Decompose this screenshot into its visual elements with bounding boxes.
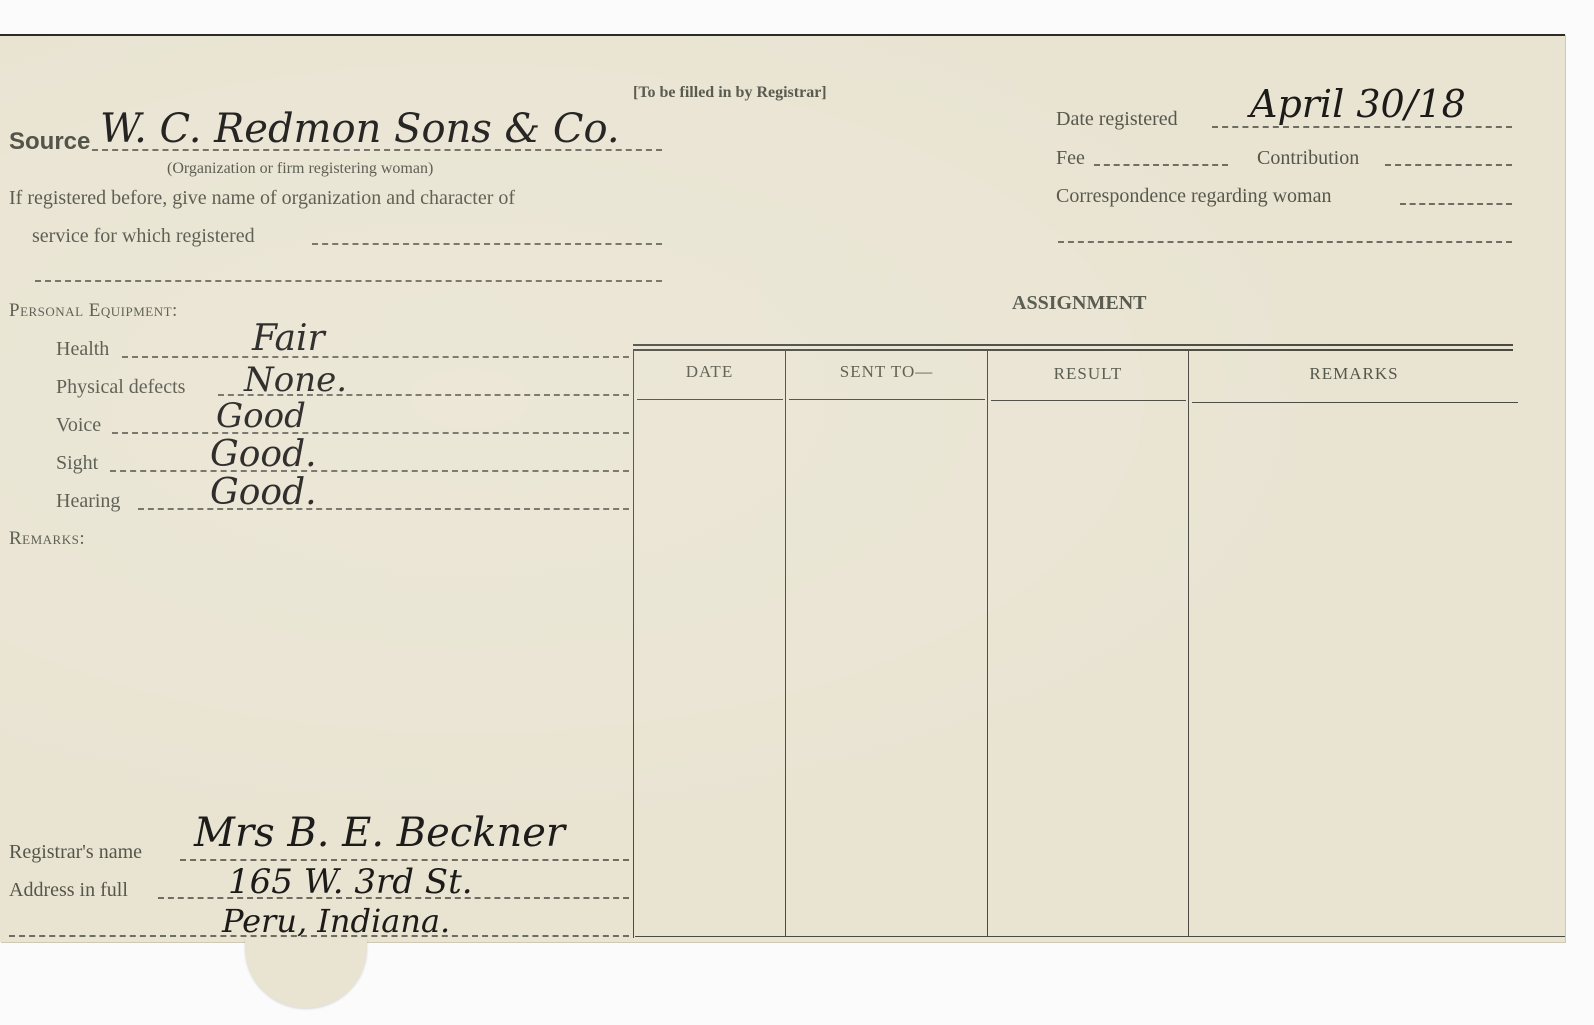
correspondence-label: Correspondence regarding woman — [1056, 185, 1331, 208]
address-value-2[interactable]: Peru, Indiana. — [222, 902, 450, 940]
remarks-label: Remarks: — [9, 528, 85, 550]
hearing-value[interactable]: Good. — [210, 472, 317, 513]
address-value-1[interactable]: 165 W. 3rd St. — [228, 862, 473, 902]
sight-label: Sight — [56, 452, 98, 475]
registered-before-label-2: service for which registered — [32, 225, 255, 248]
registrar-name-label: Registrar's name — [9, 841, 142, 864]
physical-defects-label: Physical defects — [56, 376, 185, 399]
table-bottom-rule — [635, 936, 1565, 937]
column-header-result: RESULT — [988, 364, 1188, 384]
hearing-label: Hearing — [56, 490, 120, 513]
column-header-sent-to: SENT TO— — [786, 362, 987, 382]
assignment-title: ASSIGNMENT — [1012, 292, 1146, 315]
source-caption: (Organization or firm registering woman) — [167, 160, 433, 178]
registrar-name-line — [180, 859, 629, 861]
personal-equipment-heading: Personal Equipment: — [9, 300, 178, 322]
contribution-line[interactable] — [1385, 164, 1512, 166]
table-divider-1 — [785, 350, 786, 936]
health-value[interactable]: Fair — [252, 318, 325, 359]
sight-line — [110, 470, 629, 472]
contribution-label: Contribution — [1257, 147, 1359, 170]
registrar-note: [To be filled in by Registrar] — [633, 84, 827, 102]
header-underline-remarks — [1192, 402, 1518, 403]
source-value[interactable]: W. C. Redmon Sons & Co. — [100, 106, 620, 152]
fee-label: Fee — [1056, 147, 1085, 170]
table-top-rule-2 — [633, 349, 1513, 351]
header-underline-sent-to — [789, 399, 985, 400]
table-top-rule-1 — [633, 344, 1513, 346]
voice-value[interactable]: Good — [216, 396, 306, 436]
voice-line — [112, 432, 629, 434]
column-header-date: DATE — [634, 362, 785, 382]
registered-before-line-1[interactable] — [312, 243, 662, 245]
voice-label: Voice — [56, 414, 101, 437]
health-line — [122, 356, 629, 358]
correspondence-line-2[interactable] — [1058, 241, 1512, 243]
registered-before-label: If registered before, give name of organ… — [9, 187, 515, 210]
table-left-border — [633, 350, 634, 938]
registered-before-line-2[interactable] — [35, 280, 662, 282]
date-registered-line — [1212, 126, 1512, 128]
table-divider-2 — [987, 350, 988, 936]
header-underline-result — [991, 400, 1186, 401]
physical-defects-value[interactable]: None. — [244, 360, 347, 400]
date-registered-label: Date registered — [1056, 108, 1178, 131]
table-divider-3 — [1188, 350, 1189, 936]
card-index-tab — [245, 938, 367, 1008]
source-label: Source — [9, 128, 90, 156]
header-underline-date — [637, 399, 783, 400]
sight-value[interactable]: Good. — [210, 434, 317, 475]
column-header-remarks: REMARKS — [1189, 364, 1519, 384]
registration-card: [To be filled in by Registrar] Source W.… — [0, 34, 1565, 942]
correspondence-line-1[interactable] — [1400, 203, 1512, 205]
health-label: Health — [56, 338, 109, 361]
date-registered-value[interactable]: April 30/18 — [1250, 82, 1466, 126]
address-label: Address in full — [9, 879, 128, 902]
registrar-name-value[interactable]: Mrs B. E. Beckner — [194, 810, 565, 856]
fee-line[interactable] — [1094, 164, 1228, 166]
